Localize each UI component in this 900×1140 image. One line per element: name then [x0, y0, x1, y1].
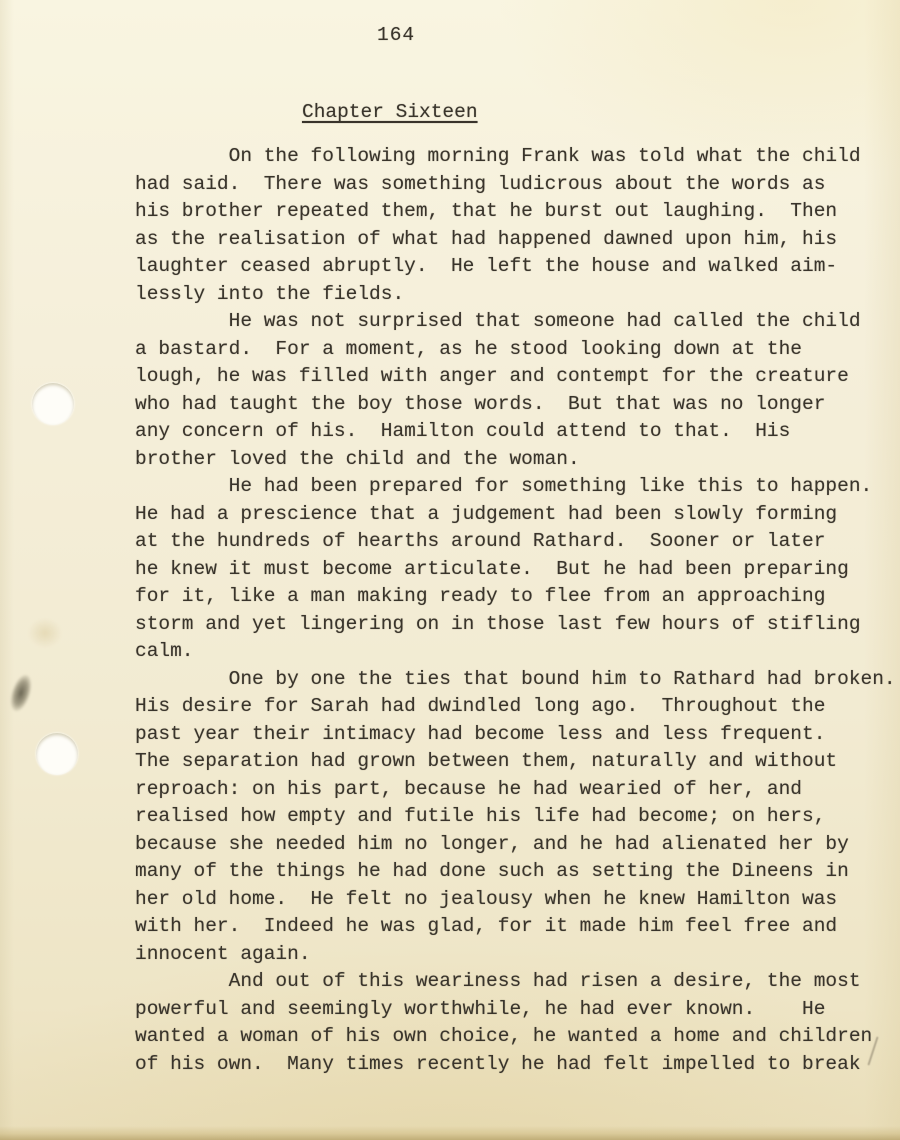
text-line: wanted a woman of his own choice, he wan…	[135, 1023, 896, 1051]
text-line: with her. Indeed he was glad, for it mad…	[135, 913, 896, 941]
text-line: realised how empty and futile his life h…	[135, 803, 896, 831]
text-line: His desire for Sarah had dwindled long a…	[135, 693, 896, 721]
text-line: innocent again.	[135, 941, 896, 969]
text-line: of his own. Many times recently he had f…	[135, 1051, 896, 1079]
text-line: at the hundreds of hearths around Rathar…	[135, 528, 896, 556]
text-line: powerful and seemingly worthwhile, he ha…	[135, 996, 896, 1024]
text-line: who had taught the boy those words. But …	[135, 391, 896, 419]
manuscript-page: 164 Chapter Sixteen On the following mor…	[0, 0, 900, 1140]
text-line: storm and yet lingering on in those last…	[135, 611, 896, 639]
text-line: He had a prescience that a judgement had…	[135, 501, 896, 529]
chapter-heading: Chapter Sixteen	[302, 99, 478, 126]
page-bottom-edge	[0, 1126, 900, 1140]
punch-hole-bottom	[36, 733, 78, 775]
text-line: And out of this weariness had risen a de…	[135, 968, 896, 996]
text-line: lough, he was filled with anger and cont…	[135, 363, 896, 391]
text-line: On the following morning Frank was told …	[135, 143, 896, 171]
paragraph: On the following morning Frank was told …	[135, 143, 896, 308]
text-line: He was not surprised that someone had ca…	[135, 308, 896, 336]
text-line: for it, like a man making ready to flee …	[135, 583, 896, 611]
text-line: laughter ceased abruptly. He left the ho…	[135, 253, 896, 281]
paper-stain	[28, 618, 62, 648]
manuscript-body: On the following morning Frank was told …	[135, 143, 896, 1078]
text-line: he knew it must become articulate. But h…	[135, 556, 896, 584]
text-line: as the realisation of what had happened …	[135, 226, 896, 254]
text-line: lessly into the fields.	[135, 281, 896, 309]
text-line: brother loved the child and the woman.	[135, 446, 896, 474]
ink-smudge	[7, 672, 36, 714]
paragraph: He had been prepared for something like …	[135, 473, 896, 666]
text-line: a bastard. For a moment, as he stood loo…	[135, 336, 896, 364]
text-line: had said. There was something ludicrous …	[135, 171, 896, 199]
page-number: 164	[377, 22, 415, 49]
text-line: calm.	[135, 638, 896, 666]
text-line: The separation had grown between them, n…	[135, 748, 896, 776]
paragraph: And out of this weariness had risen a de…	[135, 968, 896, 1078]
paragraph: One by one the ties that bound him to Ra…	[135, 666, 896, 969]
text-line: because she needed him no longer, and he…	[135, 831, 896, 859]
paragraph: He was not surprised that someone had ca…	[135, 308, 896, 473]
text-line: many of the things he had done such as s…	[135, 858, 896, 886]
text-line: reproach: on his part, because he had we…	[135, 776, 896, 804]
text-line: past year their intimacy had become less…	[135, 721, 896, 749]
punch-hole-top	[32, 383, 74, 425]
text-line: He had been prepared for something like …	[135, 473, 896, 501]
text-line: his brother repeated them, that he burst…	[135, 198, 896, 226]
text-line: any concern of his. Hamilton could atten…	[135, 418, 896, 446]
text-line: her old home. He felt no jealousy when h…	[135, 886, 896, 914]
text-line: One by one the ties that bound him to Ra…	[135, 666, 896, 694]
